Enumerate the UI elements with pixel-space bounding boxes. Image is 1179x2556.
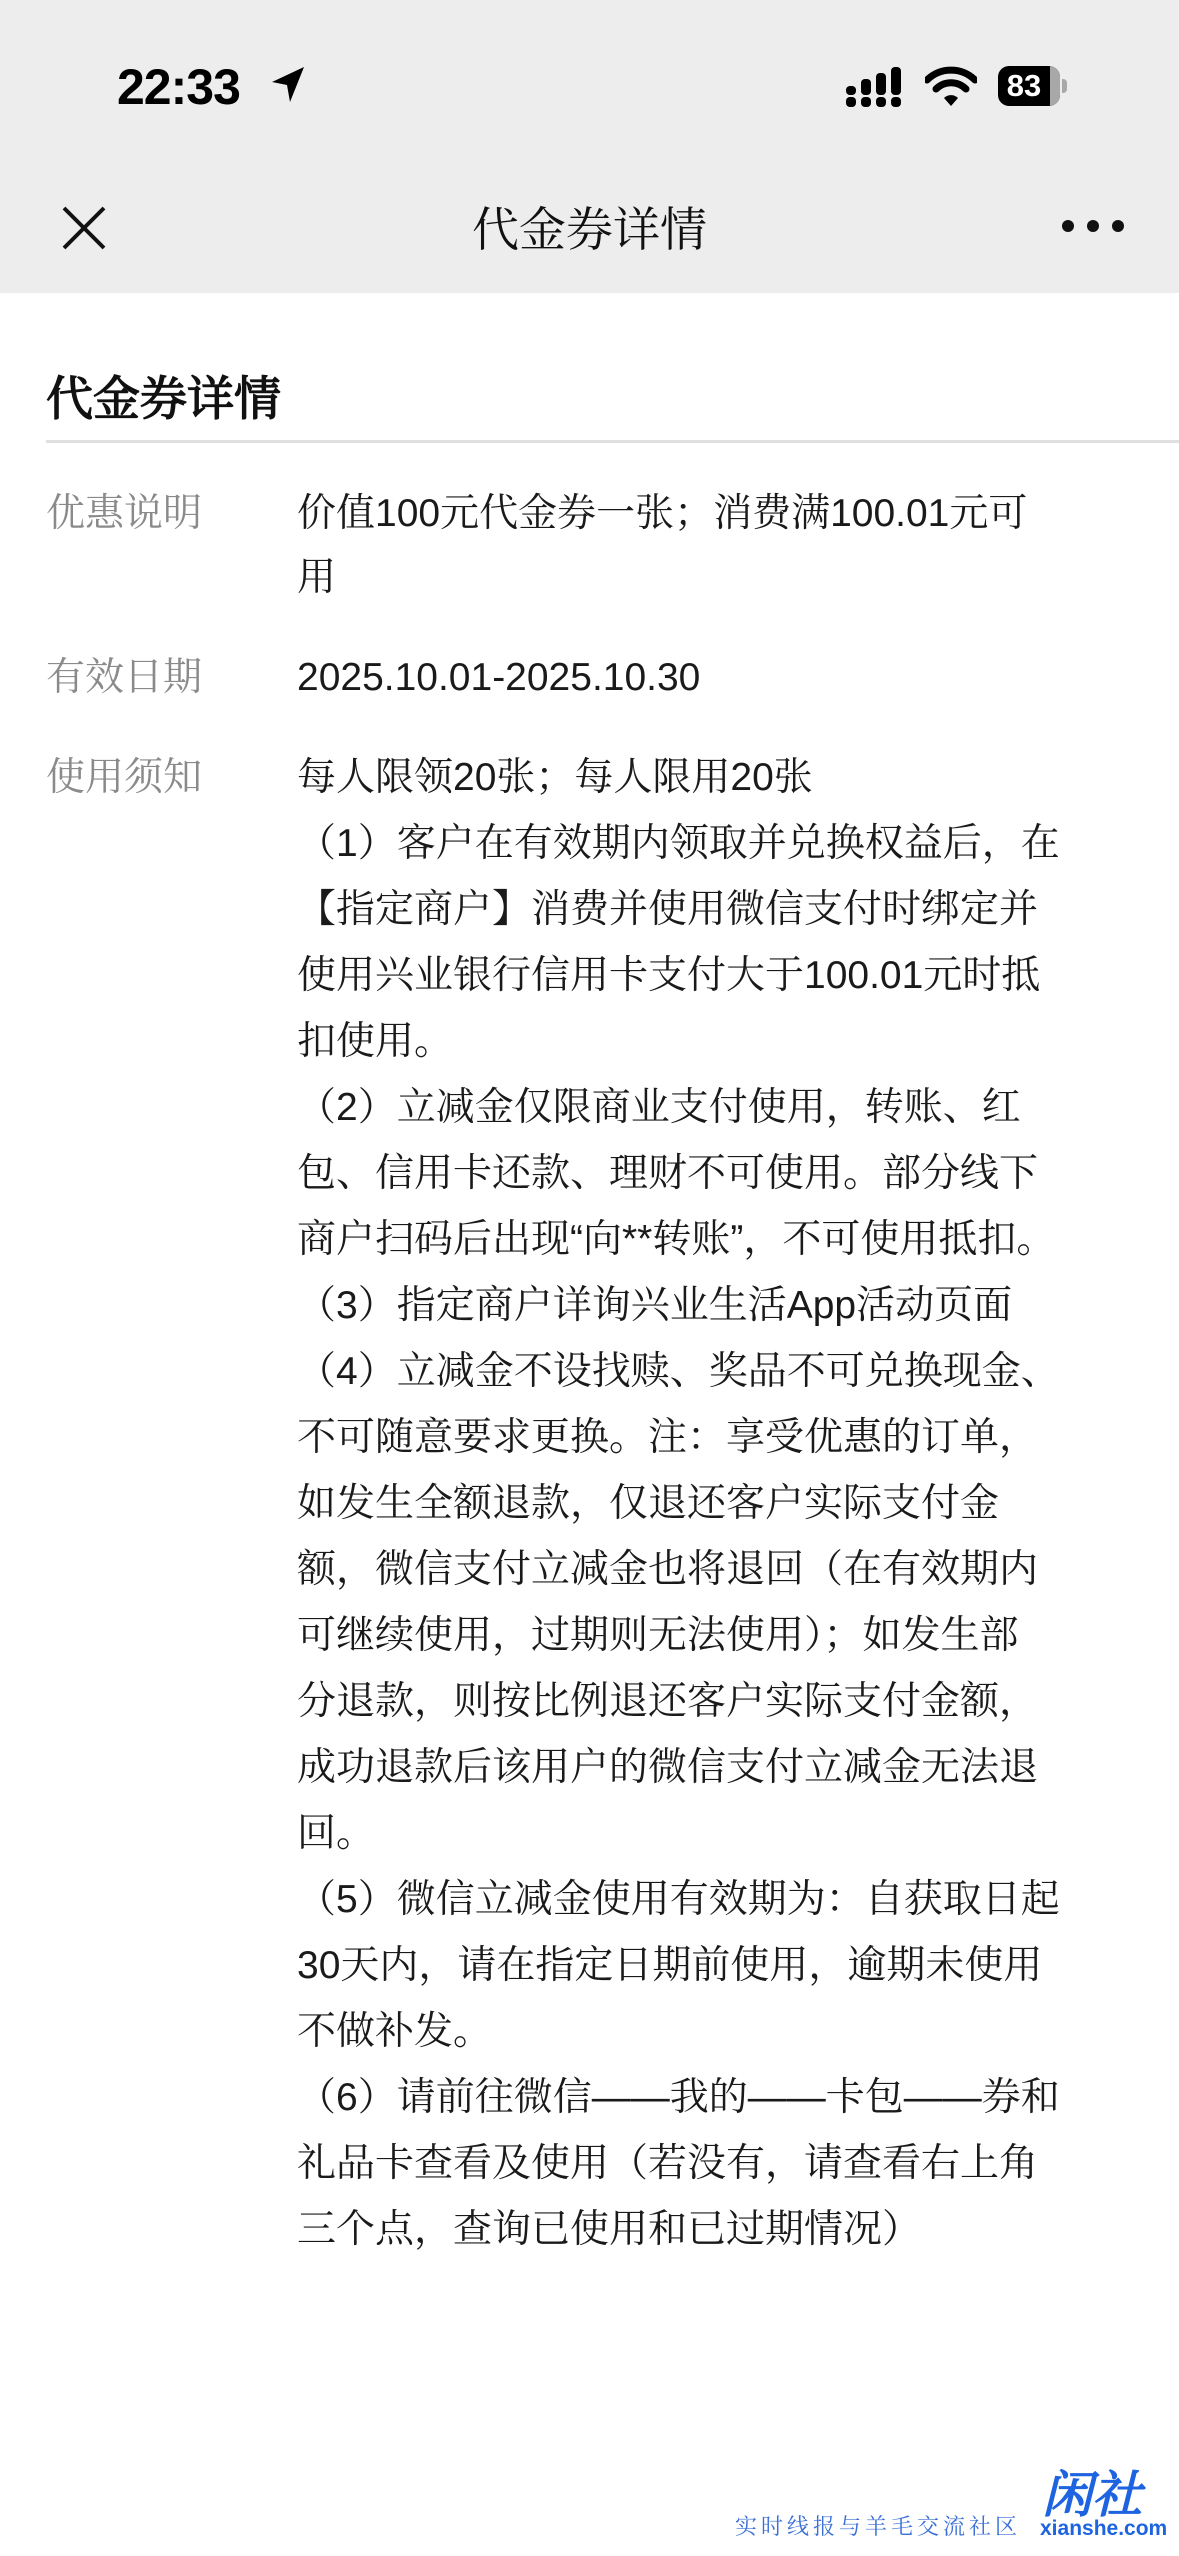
- value-line: 商户扫码后出现“向**转账”，不可使用抵扣。: [297, 1207, 1127, 1273]
- detail-label: 优惠说明: [46, 482, 202, 546]
- detail-label: 使用须知: [46, 745, 202, 811]
- section-title: 代金券详情: [46, 362, 281, 429]
- value-line: 30天内，请在指定日期前使用，逾期未使用: [297, 1933, 1127, 1999]
- value-line: 价值100元代金券一张；消费满100.01元可: [297, 482, 1127, 546]
- detail-value: 每人限领20张；每人限用20张 （1）客户在有效期内领取并兑换权益后，在 【指定…: [297, 745, 1127, 2263]
- watermark-logo: 闲社 xianshe.com: [1040, 2455, 1160, 2545]
- battery-nub: [1062, 79, 1067, 93]
- value-line: （1）客户在有效期内领取并兑换权益后，在: [297, 811, 1127, 877]
- detail-value: 2025.10.01-2025.10.30: [297, 646, 1127, 710]
- value-line: 不可随意要求更换。注：享受优惠的订单，: [297, 1405, 1127, 1471]
- value-line: 用: [297, 546, 1127, 610]
- battery-empty-portion: [1050, 66, 1060, 106]
- value-line: 包、信用卡还款、理财不可使用。部分线下: [297, 1141, 1127, 1207]
- value-line: 可继续使用，过期则无法使用）；如发生部: [297, 1603, 1127, 1669]
- value-line: 礼品卡查看及使用（若没有，请查看右上角: [297, 2131, 1127, 2197]
- value-line: 不做补发。: [297, 1999, 1127, 2065]
- detail-value: 价值100元代金券一张；消费满100.01元可 用: [297, 482, 1127, 610]
- value-line: 使用兴业银行信用卡支付大于100.01元时抵: [297, 943, 1127, 1009]
- more-button[interactable]: [1058, 206, 1128, 246]
- value-line: （4）立减金不设找赎、奖品不可兑换现金、: [297, 1339, 1127, 1405]
- detail-label: 有效日期: [46, 646, 202, 710]
- value-line: （5）微信立减金使用有效期为：自获取日起: [297, 1867, 1127, 1933]
- watermark-tagline: 实时线报与羊毛交流社区: [735, 2510, 1021, 2541]
- status-time: 22:33: [117, 58, 240, 116]
- value-line: 额，微信支付立减金也将退回（在有效期内: [297, 1537, 1127, 1603]
- nav-title: 代金券详情: [0, 193, 1179, 260]
- value-line: 2025.10.01-2025.10.30: [297, 646, 1127, 710]
- battery-icon: 83: [998, 66, 1060, 106]
- close-button[interactable]: [52, 196, 116, 260]
- value-line: 回。: [297, 1801, 1127, 1867]
- value-line: 如发生全额退款，仅退还客户实际支付金: [297, 1471, 1127, 1537]
- value-line: 【指定商户】消费并使用微信支付时绑定并: [297, 877, 1127, 943]
- value-line: （6）请前往微信——我的——卡包——券和: [297, 2065, 1127, 2131]
- value-line: 分退款，则按比例退还客户实际支付金额，: [297, 1669, 1127, 1735]
- wifi-icon: [925, 66, 977, 108]
- value-line: 扣使用。: [297, 1009, 1127, 1075]
- divider: [46, 440, 1179, 443]
- watermark-domain: xianshe.com: [1040, 2517, 1167, 2541]
- top-bar: 22:33 83 代金券详情: [0, 0, 1179, 293]
- location-arrow-icon: [268, 64, 308, 106]
- value-line: 三个点，查询已使用和已过期情况）: [297, 2197, 1127, 2263]
- cellular-signal-icon: [845, 66, 903, 108]
- battery-percent: 83: [998, 66, 1050, 106]
- value-line: （2）立减金仅限商业支付使用，转账、红: [297, 1075, 1127, 1141]
- value-line: （3）指定商户详询兴业生活App活动页面: [297, 1273, 1127, 1339]
- value-line: 成功退款后该用户的微信支付立减金无法退: [297, 1735, 1127, 1801]
- value-line: 每人限领20张；每人限用20张: [297, 745, 1127, 811]
